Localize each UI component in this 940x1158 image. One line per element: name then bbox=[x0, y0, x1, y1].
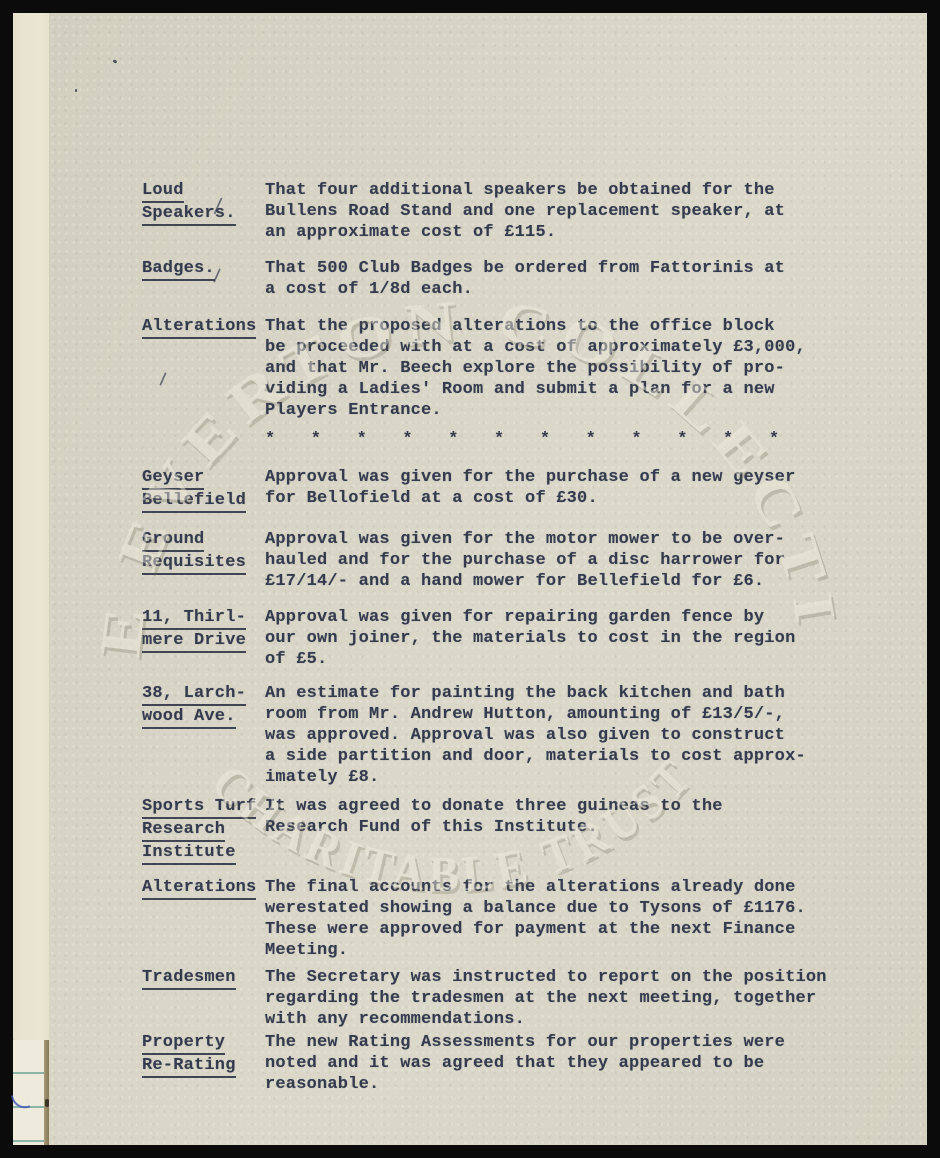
entry-body: That the proposed alterations to the off… bbox=[265, 316, 835, 421]
heading-line: Loud bbox=[142, 180, 184, 203]
minute-entry: Tradesmen The Secretary was instructed t… bbox=[142, 967, 927, 1030]
entry-body: The Secretary was instructed to report o… bbox=[265, 967, 835, 1030]
entry-heading: Alterations bbox=[142, 316, 265, 421]
heading-line: Property bbox=[142, 1032, 225, 1055]
entry-heading: 38, Larch- wood Ave. bbox=[142, 683, 265, 788]
minute-entry: Sports Turf Research Institute It was ag… bbox=[142, 796, 927, 865]
entry-body: Approval was given for the purchase of a… bbox=[265, 467, 835, 513]
heading-line: mere Drive bbox=[142, 630, 246, 653]
entry-body: Approval was given for the motor mower t… bbox=[265, 529, 835, 592]
heading-line: Re-Rating bbox=[142, 1055, 236, 1078]
entry-body: An estimate for painting the back kitche… bbox=[265, 683, 835, 788]
entry-heading: Ground Requisites bbox=[142, 529, 265, 592]
entry-heading: Alterations bbox=[142, 877, 265, 961]
heading-line: Ground bbox=[142, 529, 204, 552]
minute-entry: Ground Requisites Approval was given for… bbox=[142, 529, 927, 592]
minute-entry: 11, Thirl- mere Drive Approval was given… bbox=[142, 607, 927, 670]
minute-entry: Alterations That the proposed alteration… bbox=[142, 316, 927, 421]
heading-line: Tradesmen bbox=[142, 967, 236, 990]
entry-body: It was agreed to donate three guineas to… bbox=[265, 796, 835, 865]
heading-line: Sports Turf bbox=[142, 796, 256, 819]
heading-line: Bellefield bbox=[142, 490, 246, 513]
entry-body: Approval was given for repairing garden … bbox=[265, 607, 835, 670]
asterisk-separator: * * * * * * * * * * * * bbox=[265, 429, 927, 450]
minute-entry: Alterations The final accounts for the a… bbox=[142, 877, 927, 961]
entry-body: The final accounts for the alterations a… bbox=[265, 877, 835, 961]
heading-line: Institute bbox=[142, 842, 236, 865]
entry-heading: 11, Thirl- mere Drive bbox=[142, 607, 265, 670]
entry-body: The new Rating Assessments for our prope… bbox=[265, 1032, 835, 1095]
minute-entry: 38, Larch- wood Ave. An estimate for pai… bbox=[142, 683, 927, 788]
minute-entry: Geyser Bellefield Approval was given for… bbox=[142, 467, 927, 513]
minute-entry: Property Re-Rating The new Rating Assess… bbox=[142, 1032, 927, 1095]
entry-heading: Property Re-Rating bbox=[142, 1032, 265, 1095]
entry-heading: Tradesmen bbox=[142, 967, 265, 1030]
heading-line: Badges. bbox=[142, 258, 215, 281]
heading-line: 38, Larch- bbox=[142, 683, 246, 706]
entry-heading: Badges. bbox=[142, 258, 265, 300]
heading-line: Alterations bbox=[142, 316, 256, 339]
heading-line: 11, Thirl- bbox=[142, 607, 246, 630]
minutes-page: Loud Speakers. That four additional spea… bbox=[49, 13, 927, 1145]
heading-line: Alterations bbox=[142, 877, 256, 900]
document-scan: Loud Speakers. That four additional spea… bbox=[0, 0, 940, 1158]
heading-line: Geyser bbox=[142, 467, 204, 490]
entry-heading: Sports Turf Research Institute bbox=[142, 796, 265, 865]
minute-entry: Loud Speakers. That four additional spea… bbox=[142, 180, 927, 243]
heading-line: Requisites bbox=[142, 552, 246, 575]
heading-line: wood Ave. bbox=[142, 706, 236, 729]
entry-heading: Loud Speakers. bbox=[142, 180, 265, 243]
entry-heading: Geyser Bellefield bbox=[142, 467, 265, 513]
heading-line: Speakers. bbox=[142, 203, 236, 226]
typewritten-content: Loud Speakers. That four additional spea… bbox=[49, 13, 927, 1095]
entry-body: That four additional speakers be obtaine… bbox=[265, 180, 835, 243]
heading-line: Research bbox=[142, 819, 225, 842]
minute-entry: Badges. That 500 Club Badges be ordered … bbox=[142, 258, 927, 300]
entry-body: That 500 Club Badges be ordered from Fat… bbox=[265, 258, 835, 300]
